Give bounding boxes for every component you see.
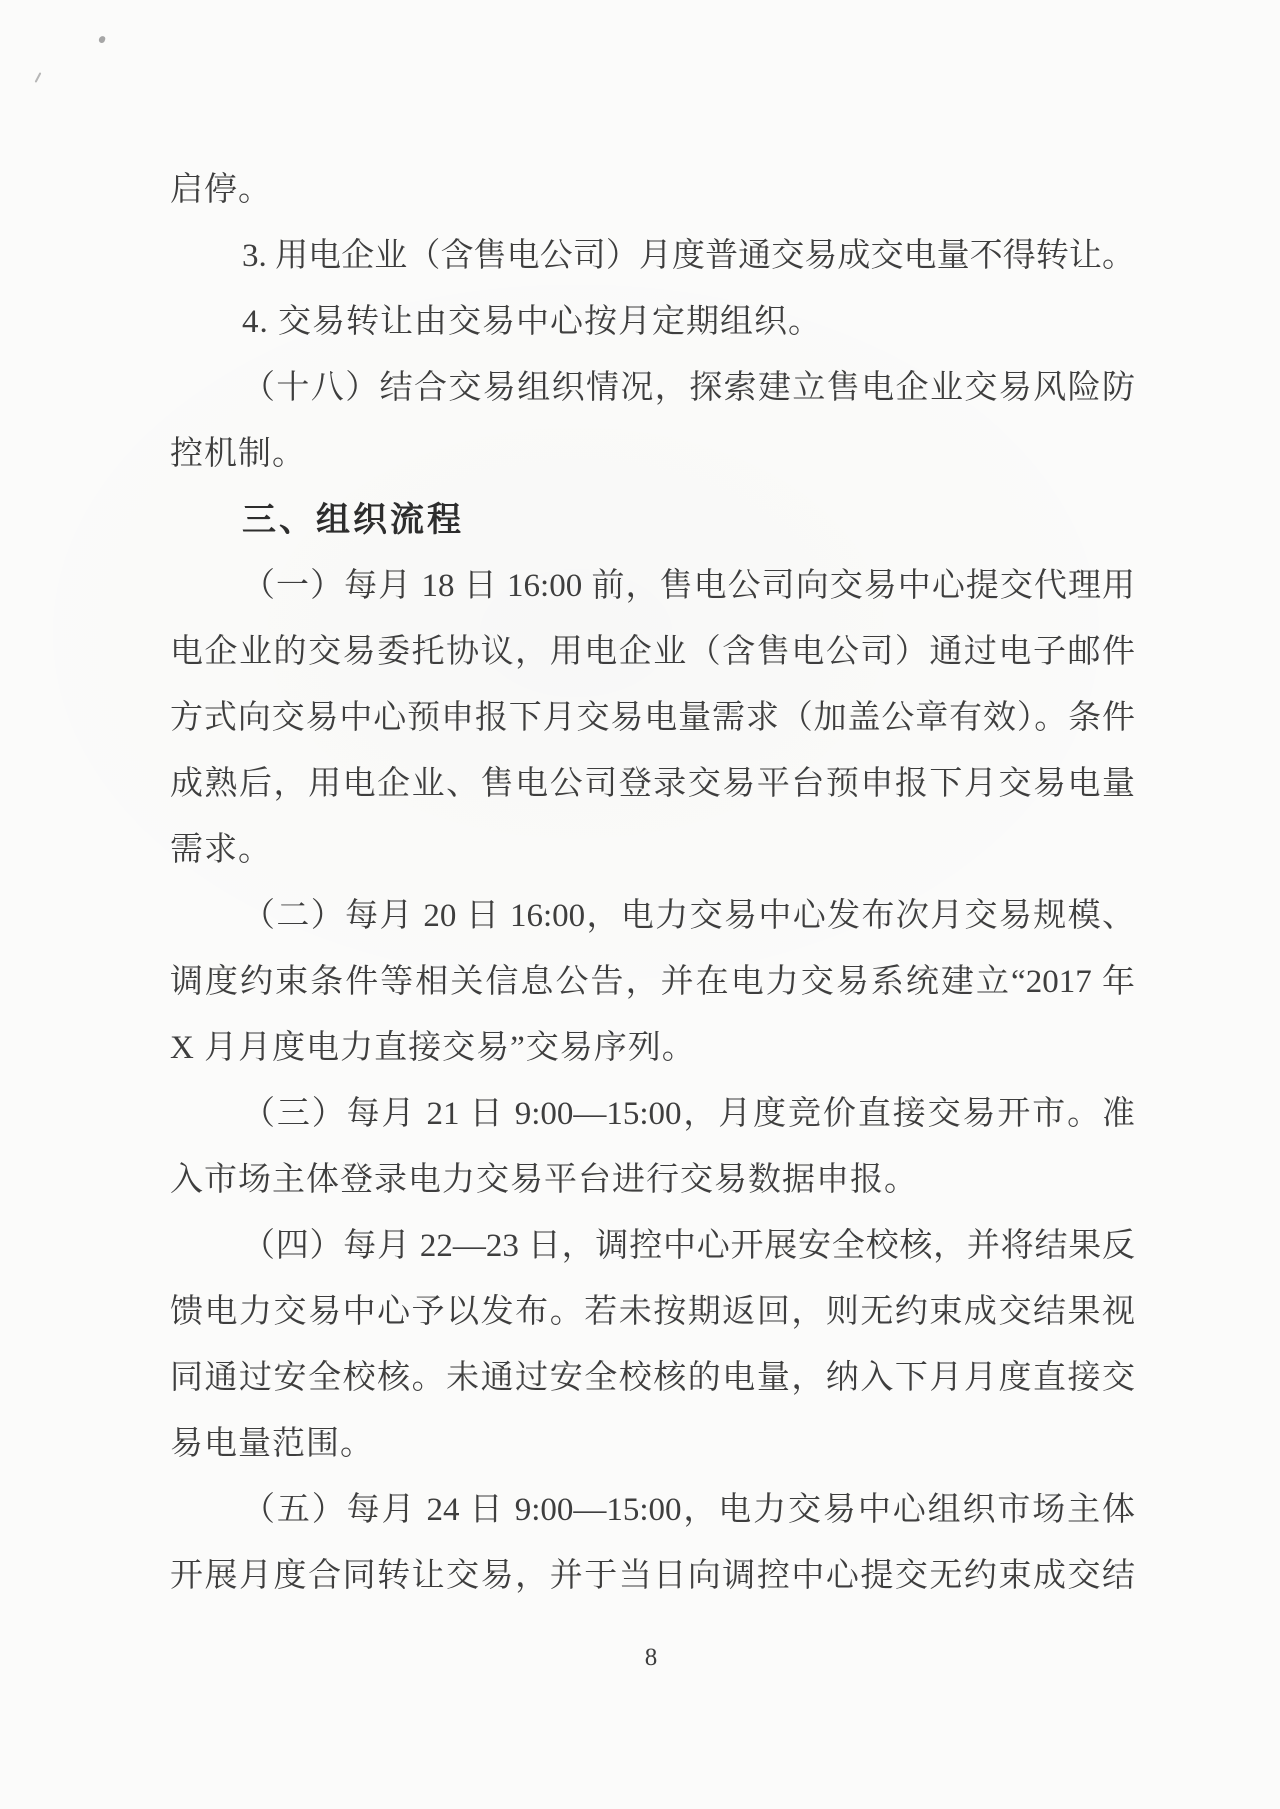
text-line: 电企业的交易委托协议，用电企业（含售电公司）通过电子邮件 bbox=[170, 619, 1135, 685]
text-line: （二）每月 20 日 16:00，电力交易中心发布次月交易规模、 bbox=[170, 883, 1135, 949]
text-line: 调度约束条件等相关信息公告，并在电力交易系统建立“2017 年 bbox=[170, 949, 1135, 1015]
text-line: 4. 交易转让由交易中心按月定期组织。 bbox=[170, 289, 1135, 355]
text-line: （十八）结合交易组织情况，探索建立售电企业交易风险防 bbox=[170, 355, 1135, 421]
document-page: 启停。3. 用电企业（含售电公司）月度普通交易成交电量不得转让。4. 交易转让由… bbox=[0, 0, 1280, 1809]
text-line: 启停。 bbox=[170, 157, 1135, 223]
text-line: X 月月度电力直接交易”交易序列。 bbox=[170, 1015, 1135, 1081]
scan-speckle-icon bbox=[98, 35, 106, 44]
text-line: （四）每月 22—23 日，调控中心开展安全校核，并将结果反 bbox=[170, 1213, 1135, 1279]
text-line: 需求。 bbox=[170, 817, 1135, 883]
text-line: 馈电力交易中心予以发布。若未按期返回，则无约束成交结果视 bbox=[170, 1279, 1135, 1345]
text-line: （五）每月 24 日 9:00—15:00，电力交易中心组织市场主体 bbox=[170, 1477, 1135, 1543]
scan-speckle-icon bbox=[35, 72, 42, 83]
text-line: 易电量范围。 bbox=[170, 1411, 1135, 1477]
text-line: 入市场主体登录电力交易平台进行交易数据申报。 bbox=[170, 1147, 1135, 1213]
text-line: 3. 用电企业（含售电公司）月度普通交易成交电量不得转让。 bbox=[170, 223, 1135, 289]
text-block: 启停。3. 用电企业（含售电公司）月度普通交易成交电量不得转让。4. 交易转让由… bbox=[170, 157, 1135, 1609]
text-line: 方式向交易中心预申报下月交易电量需求（加盖公章有效）。条件 bbox=[170, 685, 1135, 751]
page-number: 8 bbox=[0, 1644, 1280, 1672]
section-heading: 三、组织流程 bbox=[170, 487, 1135, 553]
text-line: 开展月度合同转让交易，并于当日向调控中心提交无约束成交结 bbox=[170, 1543, 1135, 1609]
text-line: 成熟后，用电企业、售电公司登录交易平台预申报下月交易电量 bbox=[170, 751, 1135, 817]
text-line: （三）每月 21 日 9:00—15:00，月度竞价直接交易开市。准 bbox=[170, 1081, 1135, 1147]
text-line: （一）每月 18 日 16:00 前，售电公司向交易中心提交代理用 bbox=[170, 553, 1135, 619]
text-line: 同通过安全校核。未通过安全校核的电量，纳入下月月度直接交 bbox=[170, 1345, 1135, 1411]
text-line: 控机制。 bbox=[170, 421, 1135, 487]
